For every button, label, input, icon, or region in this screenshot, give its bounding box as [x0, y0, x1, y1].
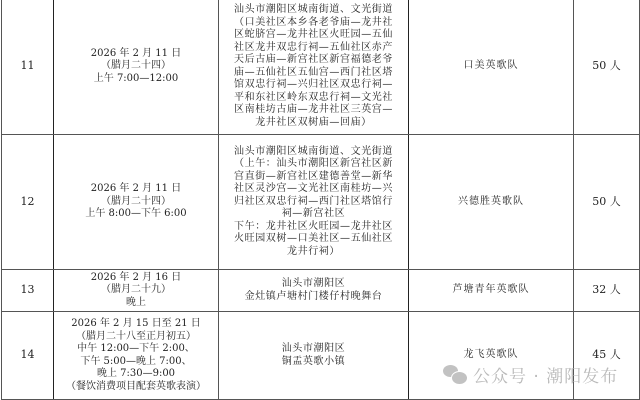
wechat-icon [443, 365, 467, 385]
member-count: 50 人 [574, 135, 640, 270]
watermark: 公众号 · 潮阳发布 [443, 362, 618, 387]
team-name: 兴德胜英歌队 [409, 135, 574, 270]
team-name: 芦塘青年英歌队 [409, 270, 574, 312]
location-line: 龙井行祠） [219, 246, 408, 259]
schedule-table: 11 2026 年 2 月 11 日 （腊月二十四） 上午 7:00—12:00… [1, 0, 640, 400]
time-hours: 晚上 [54, 297, 218, 310]
time-date: 2026 年 2 月 11 日 [54, 48, 218, 61]
row-index: 11 [2, 0, 54, 135]
time-hours: 下午 5:00—晚上 7:00、 [54, 356, 218, 369]
location-line: 平和东社区岭东双忠行祠—文光社 [219, 92, 408, 105]
time-cell: 2026 年 2 月 15 日至 21 日 （腊月二十八至正月初五） 中午 12… [54, 312, 219, 400]
table-row: 11 2026 年 2 月 11 日 （腊月二十四） 上午 7:00—12:00… [2, 0, 640, 135]
location-line: 区蛇脐宫—龙井社区火旺园—五仙 [219, 29, 408, 42]
table-row: 13 2026 年 2 月 16 日 （腊月二十九） 晚上 汕头市潮阳区 金灶镇… [2, 270, 640, 312]
location-line: 汕头市潮阳区城南街道、文光街道 [219, 146, 408, 159]
time-lunar: （腊月二十八至正月初五） [54, 331, 218, 344]
location-line: 汕头市潮阳区城南街道、文光街道 [219, 4, 408, 17]
location-line: 龙井社区双树庙—回庙） [219, 117, 408, 130]
time-hours: 晚上 7:30—9:00 [54, 368, 218, 381]
location-cell: 汕头市潮阳区 铜盂英歌小镇 [219, 312, 409, 400]
location-line: 汕头市潮阳区 [219, 278, 408, 291]
row-index: 14 [2, 312, 54, 400]
location-line: 馆双忠行祠—兴归社区双忠行祠— [219, 79, 408, 92]
watermark-text: 公众号 · 潮阳发布 [473, 362, 618, 387]
location-line: （上午：汕头市潮阳区新宫社区新 [219, 158, 408, 171]
time-cell: 2026 年 2 月 11 日 （腊月二十四） 上午 7:00—12:00 [54, 0, 219, 135]
time-lunar: （腊月二十九） [54, 284, 218, 297]
location-line: 归社区双忠行祠—西门社区塔馆行 [219, 196, 408, 209]
location-line: 宫直街—新宫社区建德善堂—新华 [219, 171, 408, 184]
time-date: 2026 年 2 月 11 日 [54, 183, 218, 196]
location-line: 下午：龙井社区火旺园—龙井社区 [219, 221, 408, 234]
member-count: 32 人 [574, 270, 640, 312]
time-hours: 上午 8:00—下午 6:00 [54, 208, 218, 221]
location-line: 火旺园双树—口美社区—五仙社区 [219, 233, 408, 246]
time-date: 2026 年 2 月 15 日至 21 日 [54, 318, 218, 331]
location-cell: 汕头市潮阳区城南街道、文光街道 （口美社区本乡各老爷庙—龙井社 区蛇脐宫—龙井社… [219, 0, 409, 135]
location-line: 社区龙井双忠行祠—五仙社区赤产 [219, 42, 408, 55]
time-note: （餐饮消费项目配套英歌表演） [54, 381, 218, 394]
time-hours: 中午 12:00—下午 2:00、 [54, 343, 218, 356]
time-cell: 2026 年 2 月 16 日 （腊月二十九） 晚上 [54, 270, 219, 312]
location-line: 社区灵沙宫—文光社区南桂坊—兴 [219, 183, 408, 196]
location-line: 天后古庙—新宫社区新宫福德老爷 [219, 54, 408, 67]
member-count: 50 人 [574, 0, 640, 135]
location-line: 汕头市潮阳区 [219, 343, 408, 356]
location-line: 区南桂坊古庙—龙井社区三英宫— [219, 104, 408, 117]
time-hours: 上午 7:00—12:00 [54, 73, 218, 86]
location-line: 铜盂英歌小镇 [219, 356, 408, 369]
team-name: 口美英歌队 [409, 0, 574, 135]
location-line: 金灶镇卢塘村门楼仔村晚舞台 [219, 291, 408, 304]
time-lunar: （腊月二十四） [54, 60, 218, 73]
location-line: （口美社区本乡各老爷庙—龙井社 [219, 17, 408, 30]
table-row: 12 2026 年 2 月 11 日 （腊月二十四） 上午 8:00—下午 6:… [2, 135, 640, 270]
location-line: 庙—五仙社区五仙宫—西门社区塔 [219, 67, 408, 80]
location-line: 祠—新宫社区 [219, 208, 408, 221]
row-index: 13 [2, 270, 54, 312]
location-cell: 汕头市潮阳区城南街道、文光街道 （上午：汕头市潮阳区新宫社区新 宫直街—新宫社区… [219, 135, 409, 270]
time-cell: 2026 年 2 月 11 日 （腊月二十四） 上午 8:00—下午 6:00 [54, 135, 219, 270]
time-lunar: （腊月二十四） [54, 196, 218, 209]
location-cell: 汕头市潮阳区 金灶镇卢塘村门楼仔村晚舞台 [219, 270, 409, 312]
row-index: 12 [2, 135, 54, 270]
time-date: 2026 年 2 月 16 日 [54, 272, 218, 285]
